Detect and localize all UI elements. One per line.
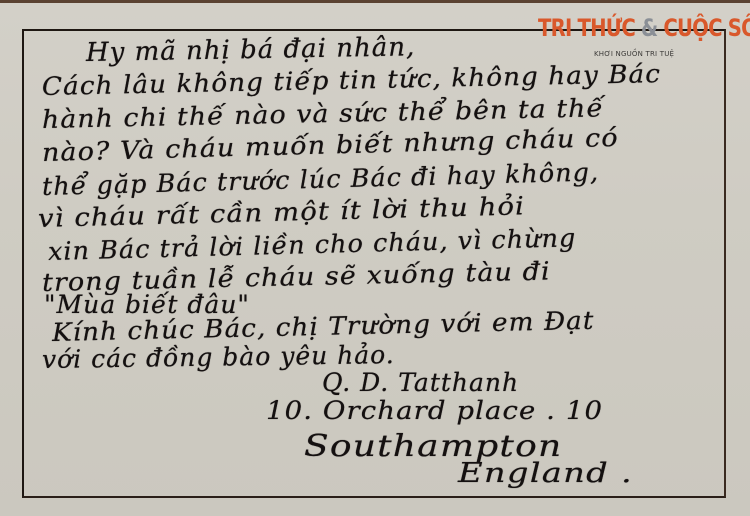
- handwritten-letter: Hy mã nhị bá đại nhân, Cách lâu không ti…: [0, 0, 750, 516]
- letter-address-street: 10. Orchard place . 10: [266, 396, 603, 425]
- letter-line-salutation: Hy mã nhị bá đại nhân,: [86, 32, 416, 68]
- letter-signature: Q. D. Tatthanh: [322, 368, 519, 397]
- letter-address-country: England .: [458, 458, 633, 489]
